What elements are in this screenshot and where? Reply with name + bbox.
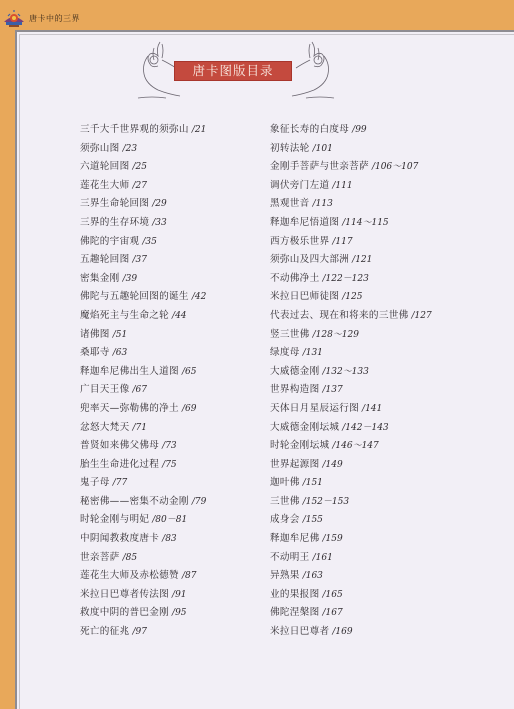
toc-entry-title: 五趣轮回图 [80, 254, 129, 265]
toc-title-block: 唐卡图版目录 [130, 38, 370, 108]
toc-entry: 魔焰死主与生命之轮/44 [80, 307, 260, 326]
toc-entry-title: 迦叶佛 [270, 477, 300, 488]
toc-entry-page: /80－81 [152, 515, 187, 525]
toc-entry-title: 成身会 [270, 514, 300, 525]
toc-entry: 三世佛/152－153 [270, 493, 490, 512]
toc-entry-title: 鬼子母 [80, 477, 110, 488]
toc-entry-title: 时轮金刚与明妃 [80, 514, 149, 525]
toc-entry-title: 米拉日巴师徒图 [270, 291, 339, 302]
toc-entry: 世界起源图/149 [270, 456, 490, 475]
toc-entry-page: /97 [132, 627, 146, 637]
toc-entry: 不动明王/161 [270, 549, 490, 568]
toc-entry-title: 三界的生存环境 [80, 217, 149, 228]
toc-entry-page: /73 [162, 441, 176, 451]
toc-entry: 业的果报图/165 [270, 586, 490, 605]
toc-entry-title: 世界起源图 [270, 459, 319, 470]
toc-entry: 释迦牟尼佛/159 [270, 530, 490, 549]
toc-entry: 调伏旁门左道/111 [270, 177, 490, 196]
toc-entry-title: 金刚手菩萨与世亲菩萨 [270, 161, 369, 172]
toc-entry: 金刚手菩萨与世亲菩萨/106～107 [270, 158, 490, 177]
toc-entry-title: 桑耶寺 [80, 347, 110, 358]
toc-right-column: 象征长寿的白度母/99 初转法轮/101 金刚手菩萨与世亲菩萨/106～107 … [270, 121, 490, 642]
toc-entry-title: 世界构造图 [270, 384, 319, 395]
toc-entry-title: 不动明王 [270, 552, 310, 563]
toc-entry: 中阴闻教救度唐卡/83 [80, 530, 260, 549]
toc-entry-page: /106～107 [372, 162, 418, 172]
toc-entry: 释迦牟尼佛出生人道图/65 [80, 363, 260, 382]
toc-entry-page: /132～133 [322, 367, 368, 377]
toc-entry-title: 黑观世音 [270, 198, 310, 209]
toc-left-column: 三千大千世界观的须弥山/21 须弥山图/23 六道轮回图/25 莲花生大师/27… [80, 121, 260, 642]
toc-entry: 三界的生存环境/33 [80, 214, 260, 233]
toc-entry-page: /142－143 [342, 423, 388, 433]
toc-entry-title: 密集金刚 [80, 273, 120, 284]
toc-entry: 不动佛净土/122－123 [270, 270, 490, 289]
toc-entry-page: /65 [182, 367, 196, 377]
toc-entry-title: 佛陀涅槃图 [270, 607, 319, 618]
toc-entry-title: 莲花生大师及赤松德赞 [80, 570, 179, 581]
toc-entry-page: /128～129 [313, 330, 359, 340]
toc-entry: 天体日月星辰运行图/141 [270, 400, 490, 419]
toc-entry: 世亲菩萨/85 [80, 549, 260, 568]
toc-entry-page: /169 [332, 627, 352, 637]
toc-entry-page: /91 [172, 590, 186, 600]
toc-entry-page: /165 [322, 590, 342, 600]
toc-entry: 桑耶寺/63 [80, 344, 260, 363]
toc-title-banner: 唐卡图版目录 [174, 61, 292, 81]
toc-entry-page: /99 [352, 125, 366, 135]
toc-entry: 西方极乐世界/117 [270, 233, 490, 252]
toc-entry: 广目天王像/67 [80, 381, 260, 400]
toc-entry: 异熟果/163 [270, 567, 490, 586]
toc-entry-page: /87 [182, 571, 196, 581]
toc-entry-page: /29 [152, 199, 166, 209]
toc-entry: 忿怒大梵天/71 [80, 419, 260, 438]
toc-entry-page: /27 [132, 181, 146, 191]
toc-entry-page: /39 [123, 274, 137, 284]
toc-entry: 救度中阴的普巴金刚/95 [80, 604, 260, 623]
toc-entry-page: /69 [182, 404, 196, 414]
toc-entry-title: 中阴闻教救度唐卡 [80, 533, 159, 544]
toc-entry-page: /95 [172, 608, 186, 618]
toc-entry-title: 天体日月星辰运行图 [270, 403, 359, 414]
toc-entry: 须弥山及四大部洲/121 [270, 251, 490, 270]
toc-entry-page: /163 [303, 571, 323, 581]
toc-entry-page: /131 [303, 348, 323, 358]
toc-entry-page: /63 [113, 348, 127, 358]
toc-entry: 六道轮回图/25 [80, 158, 260, 177]
toc-entry-page: /21 [192, 125, 206, 135]
toc-entry-page: /75 [162, 460, 176, 470]
toc-entry-page: /161 [313, 553, 333, 563]
toc-entry: 佛陀涅槃图/167 [270, 604, 490, 623]
toc-entry: 三界生命轮回图/29 [80, 195, 260, 214]
toc-entry-page: /113 [313, 199, 333, 209]
toc-entry: 兜率天—弥勒佛的净土/69 [80, 400, 260, 419]
toc-entry-title: 救度中阴的普巴金刚 [80, 607, 169, 618]
toc-entry-title: 广目天王像 [80, 384, 129, 395]
toc-entry-title: 死亡的征兆 [80, 626, 129, 637]
dharma-wheel-emblem-icon [2, 8, 26, 28]
toc-entry-page: /114～115 [342, 218, 388, 228]
toc-entry: 释迦牟尼悟道图/114～115 [270, 214, 490, 233]
toc-entry-page: /141 [362, 404, 382, 414]
toc-entry-title: 六道轮回图 [80, 161, 129, 172]
toc-entry: 莲花生大师及赤松德赞/87 [80, 567, 260, 586]
toc-entry-page: /83 [162, 534, 176, 544]
toc-entry-page: /67 [132, 385, 146, 395]
toc-entry-page: /85 [123, 553, 137, 563]
toc-entry-title: 异熟果 [270, 570, 300, 581]
toc-entry-title: 时轮金刚坛城 [270, 440, 329, 451]
toc-entry-title: 胎生生命进化过程 [80, 459, 159, 470]
running-title: 唐卡中的三界 [29, 13, 80, 24]
toc-entry-page: /146～147 [332, 441, 378, 451]
toc-entry: 绿度母/131 [270, 344, 490, 363]
toc-entry: 成身会/155 [270, 511, 490, 530]
toc-entry-title: 米拉日巴尊者传法图 [80, 589, 169, 600]
toc-entry-title: 三世佛 [270, 496, 300, 507]
toc-entry-page: /37 [132, 255, 146, 265]
toc-entry-page: /51 [113, 330, 127, 340]
toc-entry: 米拉日巴师徒图/125 [270, 288, 490, 307]
toc-entry-page: /79 [192, 497, 206, 507]
toc-entry: 竖三世佛/128～129 [270, 326, 490, 345]
toc-entry: 时轮金刚坛城/146～147 [270, 437, 490, 456]
toc-entry: 象征长寿的白度母/99 [270, 121, 490, 140]
toc-entry-title: 莲花生大师 [80, 180, 129, 191]
toc-entry-page: /155 [303, 515, 323, 525]
toc-entry-page: /33 [152, 218, 166, 228]
toc-entry-title: 业的果报图 [270, 589, 319, 600]
toc-entry-title: 佛陀与五趣轮回图的诞生 [80, 291, 189, 302]
toc-entry-page: /117 [332, 237, 352, 247]
toc-entry: 时轮金刚与明妃/80－81 [80, 511, 260, 530]
toc-entry-page: /111 [332, 181, 352, 191]
toc-entry-title: 释迦牟尼悟道图 [270, 217, 339, 228]
toc-entry-page: /125 [342, 292, 362, 302]
toc-entry-title: 兜率天—弥勒佛的净土 [80, 403, 179, 414]
toc-entry-page: /151 [303, 478, 323, 488]
toc-entry-title: 魔焰死主与生命之轮 [80, 310, 169, 321]
toc-entry-title: 佛陀的宇宙观 [80, 236, 139, 247]
toc-entry: 大威德金刚/132～133 [270, 363, 490, 382]
toc-entry: 鬼子母/77 [80, 474, 260, 493]
toc-entry-title: 西方极乐世界 [270, 236, 329, 247]
running-header: 唐卡中的三界 [0, 0, 514, 30]
toc-entry-title: 绿度母 [270, 347, 300, 358]
toc-entry: 大威德金刚坛城/142－143 [270, 419, 490, 438]
toc-entry: 须弥山图/23 [80, 140, 260, 159]
toc-entry-page: /42 [192, 292, 206, 302]
toc-entry-title: 普贤如来佛父佛母 [80, 440, 159, 451]
toc-entry: 迦叶佛/151 [270, 474, 490, 493]
toc-entry: 佛陀与五趣轮回图的诞生/42 [80, 288, 260, 307]
toc-entry-title: 米拉日巴尊者 [270, 626, 329, 637]
toc-entry-title: 大威德金刚 [270, 366, 319, 377]
toc-entry-page: /122－123 [322, 274, 368, 284]
toc-entry-title: 不动佛净土 [270, 273, 319, 284]
toc-entry-page: /44 [172, 311, 186, 321]
toc-entry-title: 代表过去、现在和将来的三世佛 [270, 310, 409, 321]
toc-entry-title: 大威德金刚坛城 [270, 422, 339, 433]
toc-entry-title: 象征长寿的白度母 [270, 124, 349, 135]
toc-entry-page: /77 [113, 478, 127, 488]
toc-entry-title: 秘密佛——密集不动金刚 [80, 496, 189, 507]
toc-entry: 诸佛图/51 [80, 326, 260, 345]
toc-entry: 秘密佛——密集不动金刚/79 [80, 493, 260, 512]
toc-entry-title: 须弥山图 [80, 143, 120, 154]
toc-entry: 密集金刚/39 [80, 270, 260, 289]
toc-entry-title: 世亲菩萨 [80, 552, 120, 563]
toc-entry-title: 诸佛图 [80, 329, 110, 340]
toc-entry-title: 三界生命轮回图 [80, 198, 149, 209]
toc-entry-title: 忿怒大梵天 [80, 422, 129, 433]
toc-entry-page: /25 [132, 162, 146, 172]
toc-entry-title: 释迦牟尼佛 [270, 533, 319, 544]
toc-entry-page: /149 [322, 460, 342, 470]
toc-entry: 代表过去、现在和将来的三世佛/127 [270, 307, 490, 326]
toc-entry: 五趣轮回图/37 [80, 251, 260, 270]
toc-entry-page: /101 [313, 144, 333, 154]
toc-entry-title: 三千大千世界观的须弥山 [80, 124, 189, 135]
toc-entry-title: 竖三世佛 [270, 329, 310, 340]
toc-entry: 米拉日巴尊者/169 [270, 623, 490, 642]
toc-entry: 胎生生命进化过程/75 [80, 456, 260, 475]
toc-entry: 黑观世音/113 [270, 195, 490, 214]
mudra-hand-right-icon [290, 38, 340, 100]
toc-entry: 普贤如来佛父佛母/73 [80, 437, 260, 456]
toc-entry: 三千大千世界观的须弥山/21 [80, 121, 260, 140]
toc-entry-page: /159 [322, 534, 342, 544]
toc-entry: 佛陀的宇宙观/35 [80, 233, 260, 252]
toc-entry-page: /127 [412, 311, 432, 321]
toc-entry-title: 释迦牟尼佛出生人道图 [80, 366, 179, 377]
toc-entry: 死亡的征兆/97 [80, 623, 260, 642]
toc-entry-page: /23 [123, 144, 137, 154]
toc-entry-title: 须弥山及四大部洲 [270, 254, 349, 265]
toc-entry-page: /152－153 [303, 497, 349, 507]
toc-entry: 莲花生大师/27 [80, 177, 260, 196]
toc-entry-page: /35 [142, 237, 156, 247]
toc-entry-page: /137 [322, 385, 342, 395]
toc-entry: 米拉日巴尊者传法图/91 [80, 586, 260, 605]
toc-entry-title: 初转法轮 [270, 143, 310, 154]
toc-entry-page: /121 [352, 255, 372, 265]
toc-entry-page: /167 [322, 608, 342, 618]
toc-entry-title: 调伏旁门左道 [270, 180, 329, 191]
toc-entry-page: /71 [132, 423, 146, 433]
toc-entry: 世界构造图/137 [270, 381, 490, 400]
toc-entry: 初转法轮/101 [270, 140, 490, 159]
